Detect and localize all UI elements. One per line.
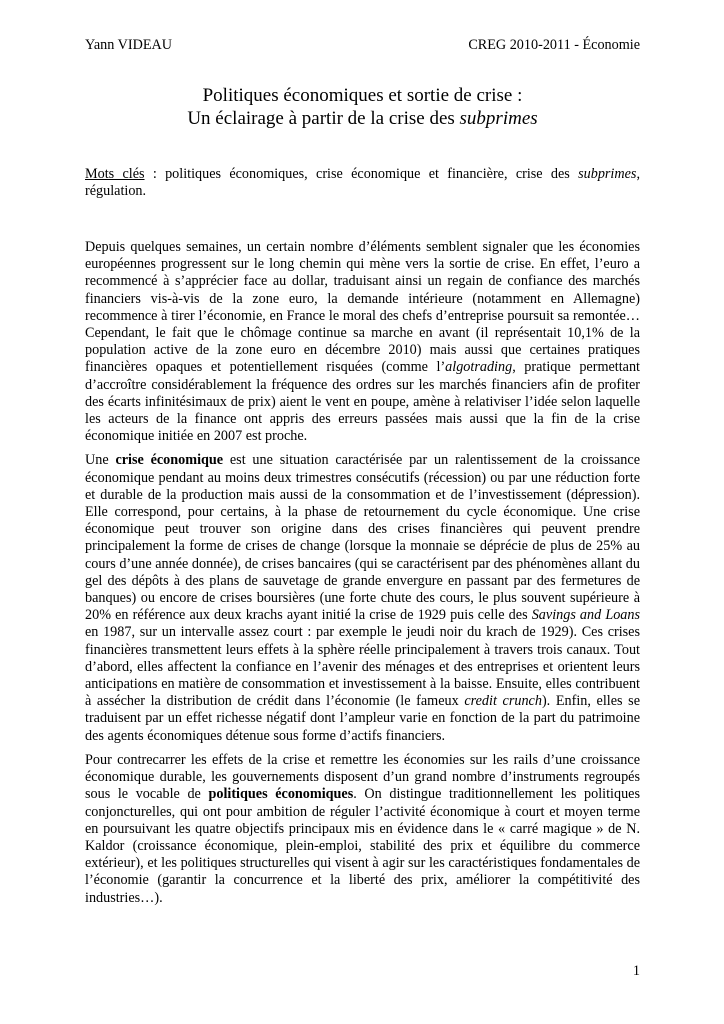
page-number: 1 xyxy=(85,963,640,980)
author-name: Yann VIDEAU xyxy=(85,37,172,54)
title-line-2: Un éclairage à partir de la crise des su… xyxy=(85,107,640,130)
paragraph-crise-economique: Une crise économique est une situation c… xyxy=(85,452,640,744)
document-page: Yann VIDEAU CREG 2010-2011 - Économie Po… xyxy=(0,0,724,1024)
page-header: Yann VIDEAU CREG 2010-2011 - Économie xyxy=(85,37,640,54)
document-title: Politiques économiques et sortie de cris… xyxy=(85,84,640,130)
keywords-line: Mots clés : politiques économiques, cris… xyxy=(85,166,640,201)
title-line-1: Politiques économiques et sortie de cris… xyxy=(85,84,640,107)
paragraph-politiques-economiques: Pour contrecarrer les effets de la crise… xyxy=(85,752,640,907)
course-label: CREG 2010-2011 - Économie xyxy=(468,37,640,54)
paragraph-intro: Depuis quelques semaines, un certain nom… xyxy=(85,239,640,445)
body-text: Depuis quelques semaines, un certain nom… xyxy=(85,239,640,914)
